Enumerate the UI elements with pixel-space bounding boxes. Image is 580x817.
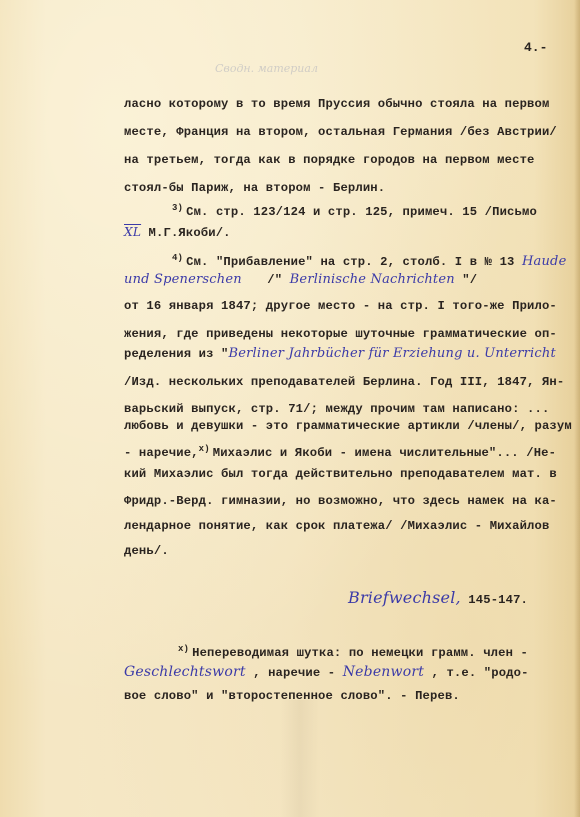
text-line: стоял-бы Париж, на втором - Берлин. (124, 180, 385, 196)
footnote-4-line-9: - наречие,x)Михаэлис и Якоби - имена чис… (124, 441, 556, 461)
handwritten-insertion: Berlinische Nachrichten (290, 272, 455, 287)
typed-text: Непереводимая шутка: по немецки грамм. ч… (192, 646, 528, 660)
footnote-4-line-5: ределения из "Berliner Jahrbücher für Er… (124, 346, 556, 362)
typed-text: "/ (462, 273, 477, 287)
faint-pencil-annotation: Сводн. материал (215, 62, 318, 75)
footnote-marker: x) (199, 444, 210, 454)
text-line: день/. (124, 543, 169, 559)
typed-text: - наречие, (124, 446, 199, 460)
typed-text: 145-147. (468, 593, 528, 607)
typed-text: Михаэлис и Якоби - имена числительные"..… (213, 446, 556, 460)
text-line: от 16 января 1847; другое место - на стр… (124, 298, 557, 314)
typed-text: , т.е. "родо- (432, 666, 529, 680)
handwritten-mark: XL (124, 225, 141, 239)
footnote-text: М.Г.Якоби/. (149, 226, 231, 240)
typed-text: ределения из " (124, 347, 229, 361)
text-line: варьский выпуск, стр. 71/; между прочим … (124, 401, 549, 417)
footnote-marker: 4) (172, 253, 183, 263)
text-line: любовь и девушки - это грамматические ар… (124, 418, 572, 434)
translator-note-line-1: x)Непереводимая шутка: по немецки грамм.… (178, 641, 528, 661)
text-line: ласно которому в то время Пруссия обычно… (124, 96, 549, 112)
footnote-4-line-1: 4)См. "Прибавление" на стр. 2, столб. I … (172, 250, 566, 270)
handwritten-insertion: Nebenwort (343, 664, 424, 680)
page-number: 4.- (524, 40, 547, 55)
paper-fold (280, 700, 320, 817)
paper-edge (574, 0, 580, 817)
text-line: жения, где приведены некоторые шуточные … (124, 326, 557, 342)
handwritten-insertion: Haude (522, 254, 566, 269)
handwritten-insertion: und Spenerschen (124, 272, 242, 287)
translator-note-line-2: Geschlechtswort , наречие - Nebenwort , … (124, 664, 529, 681)
handwritten-insertion: Berliner Jahrbücher für Erziehung u. Unt… (229, 346, 556, 361)
typed-text: /" (267, 273, 282, 287)
footnote-3-line-2: XL М.Г.Якоби/. (124, 224, 231, 241)
typed-text: , наречие - (253, 666, 335, 680)
handwritten-insertion: Geschlechtswort (124, 664, 246, 680)
text-line: на третьем, тогда как в порядке городов … (124, 152, 535, 168)
text-line: месте, Франция на втором, остальная Герм… (124, 124, 557, 140)
footnote-3-line-1: 3)См. стр. 123/124 и стр. 125, примеч. 1… (172, 200, 537, 220)
handwritten-source: Briefwechsel, (348, 588, 461, 607)
footnote-text: См. "Прибавление" на стр. 2, столб. I в … (186, 255, 514, 269)
footnote-4-line-2: und Spenerschen /" Berlinische Nachricht… (124, 272, 477, 288)
footnote-marker: 3) (172, 203, 183, 213)
text-line: Фридр.-Верд. гимназии, но возможно, что … (124, 493, 557, 509)
document-page: 4.- Сводн. материал ласно которому в то … (0, 0, 580, 817)
footnote-text: См. стр. 123/124 и стр. 125, примеч. 15 … (186, 205, 537, 219)
footnote-marker: x) (178, 644, 189, 654)
text-line: /Изд. нескольких преподавателей Берлина.… (124, 374, 564, 390)
source-reference: Briefwechsel, 145-147. (348, 590, 528, 608)
text-line: вое слово" и "второстепенное слово". - П… (124, 688, 460, 704)
text-line: кий Михаэлис был тогда действительно пре… (124, 466, 557, 482)
text-line: лендарное понятие, как срок платежа/ /Ми… (124, 518, 549, 534)
